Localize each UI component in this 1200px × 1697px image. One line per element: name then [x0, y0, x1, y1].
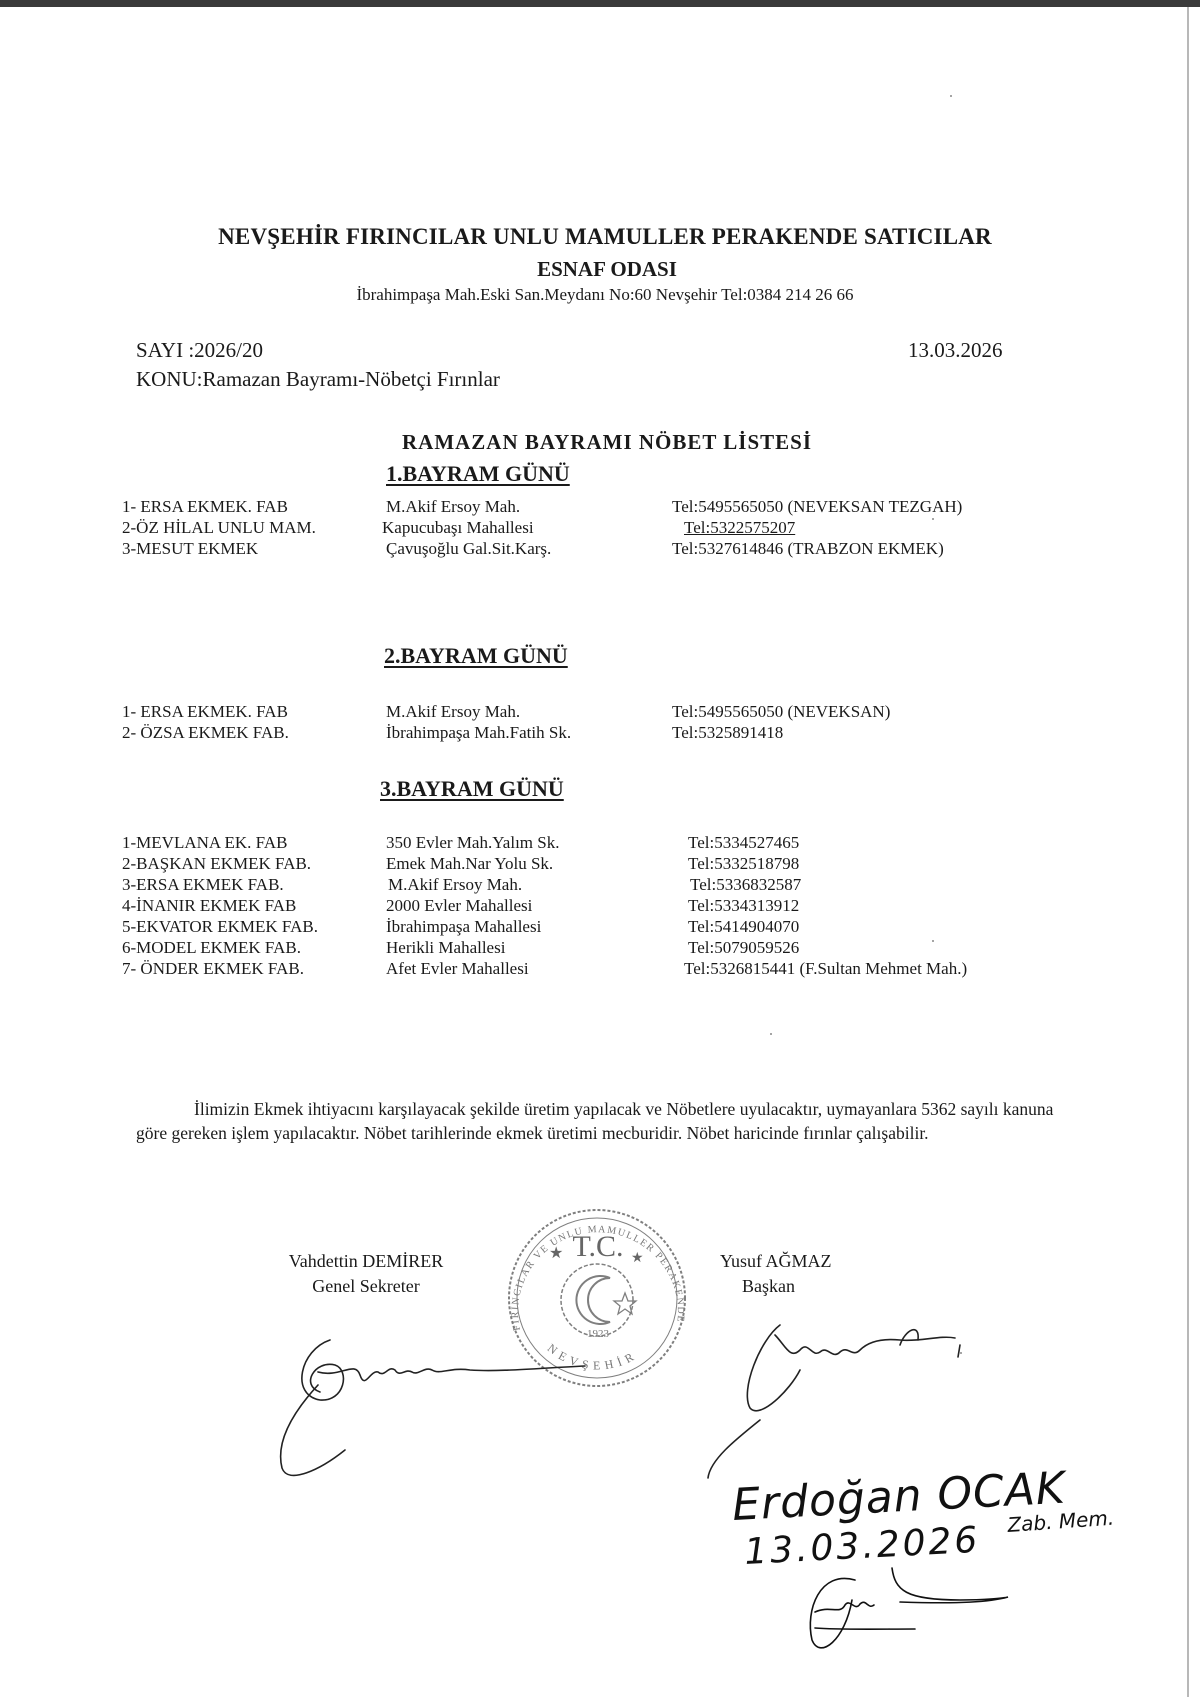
handwritten-annotation: Erdoğan OCAK 13.03.2026 Zab. Mem.	[731, 1462, 1115, 1573]
stamp-ring-text: FIRINCILAR VE UNLU MAMULLER PERAKENDE SA…	[0, 0, 686, 1332]
scan-speck	[960, 1352, 962, 1354]
official-signature	[810, 1568, 1008, 1648]
scan-speck	[932, 940, 934, 942]
stamp-year: 1923	[587, 1328, 610, 1340]
president-signature	[708, 1325, 960, 1478]
scan-speck	[950, 95, 952, 97]
scan-speck	[932, 518, 934, 520]
stamp-star-right: ★	[631, 1251, 644, 1266]
scan-speck	[770, 1033, 772, 1035]
secretary-signature	[281, 1340, 585, 1475]
stamp-and-signatures: T.C. ★ ★ 1923 FIRINCILAR VE UNLU MAMULLE…	[0, 0, 1200, 1697]
